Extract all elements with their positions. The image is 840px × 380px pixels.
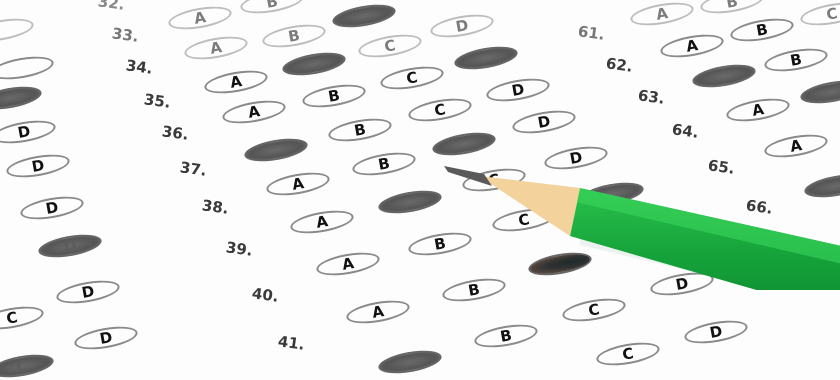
question-number: 38. [201, 196, 230, 218]
bubble-38-B-filled [377, 187, 444, 218]
bubble-32-C-filled [331, 1, 398, 32]
bubble-37-C: C [461, 165, 528, 196]
question-number: 40. [251, 284, 280, 306]
bubble-34-C: C [379, 63, 446, 94]
bubble-61-A: A [629, 0, 696, 29]
bubble-40-D: D [683, 317, 750, 348]
question-number: 61. [577, 22, 606, 44]
bubble-32-A: A [167, 3, 234, 34]
bubble-36-B: B [327, 115, 394, 146]
bubble-36-C-filled [431, 129, 498, 160]
bubble-32-B: B [239, 0, 306, 17]
question-number: 64. [671, 120, 700, 142]
bubble-38-A: A [289, 207, 356, 238]
question-number: 62. [605, 54, 634, 76]
question-number: 65. [707, 156, 736, 178]
bubble-61-B: B [699, 0, 766, 17]
bubble-partial [0, 15, 35, 46]
question-number: 33. [111, 24, 140, 46]
bubble-C: C [0, 303, 45, 334]
bubble-65-A: A [763, 131, 830, 162]
question-number: 32. [97, 0, 126, 14]
bubble-D: D [55, 277, 122, 308]
bubble-40-A: A [345, 297, 412, 328]
question-number: 66. [745, 196, 774, 218]
bubble-62-B: B [729, 15, 796, 46]
bubble-37-D: D [543, 143, 610, 174]
bubble-37-B: B [351, 149, 418, 180]
bubble-35-C: C [407, 95, 474, 126]
bubble-39-B: B [407, 229, 474, 260]
bubble-partial [0, 53, 55, 84]
bubble-64-A: A [725, 95, 792, 126]
bubble-D-filled: D [37, 231, 104, 262]
bubble-39-A: A [315, 249, 382, 280]
bubble-filled [0, 83, 43, 114]
bubble-41-A-filled [377, 347, 444, 378]
bubble-39-C-filled [527, 249, 594, 280]
bubble-64-B-filled [799, 77, 840, 108]
bubble-36-A-filled [243, 135, 310, 166]
question-number: 36. [161, 122, 190, 144]
bubble-D: D [5, 151, 72, 182]
bubble-41-C: C [595, 339, 662, 370]
bubble-C-filled: C [0, 351, 55, 380]
bubble-34-B-filled [281, 49, 348, 80]
bubble-33-B: B [261, 21, 328, 52]
bubble-40-B: B [441, 275, 508, 306]
bubble-34-A: A [203, 67, 270, 98]
question-number: 39. [225, 238, 254, 260]
question-number: 63. [637, 86, 666, 108]
question-number: 34. [125, 56, 154, 78]
bubble-35-A: A [221, 97, 288, 128]
bubble-33-C: C [357, 31, 424, 62]
bubble-34-D-filled [453, 43, 520, 74]
bubble-61-C: C [799, 0, 840, 29]
bubble-D: D [73, 323, 140, 354]
bubble-39-D: D [649, 269, 716, 300]
question-number: 37. [179, 158, 208, 180]
bubble-35-D: D [485, 75, 552, 106]
bubble-36-D: D [511, 107, 578, 138]
bubble-40-C: C [561, 295, 628, 326]
bubble-33-A: A [183, 33, 250, 64]
bubble-D: D [19, 193, 86, 224]
question-number: 67. [785, 238, 814, 260]
question-number: 35. [143, 90, 172, 112]
bubble-41-B: B [473, 321, 540, 352]
bubble-D: D [0, 117, 57, 148]
bubble-62-A: A [659, 31, 726, 62]
bubble-66-B-filled [803, 171, 840, 202]
bubble-37-A: A [265, 169, 332, 200]
bubble-63-C: B [763, 45, 830, 76]
bubble-35-B: B [301, 81, 368, 112]
bubble-33-D: D [429, 11, 496, 42]
answer-sheet-photo: D D D D D D C C 32. 33. 34. 35. 36. 37. … [0, 0, 840, 380]
bubble-38-D-filled [579, 179, 646, 210]
bubble-38-C: C [491, 205, 558, 236]
bubble-63-B-filled [691, 61, 758, 92]
question-number: 41. [277, 332, 306, 354]
